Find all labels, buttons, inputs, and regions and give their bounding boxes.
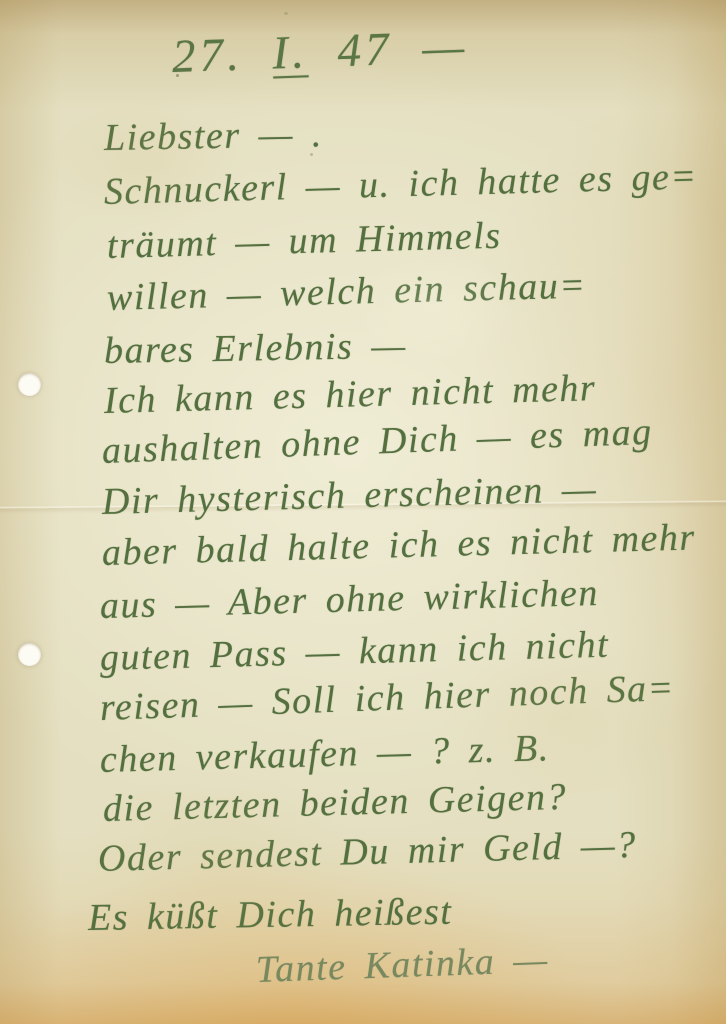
date-dash: — (421, 21, 469, 75)
closing-line: Es küßt Dich heißest (88, 892, 453, 940)
ink-speck (284, 12, 288, 15)
punch-hole-top (18, 373, 41, 396)
punch-hole-bottom (18, 643, 41, 666)
signature-line: Tante Katinka — (255, 940, 549, 992)
letter-line: aber bald halte ich es nicht mehr (101, 517, 696, 574)
date-day: 27. (171, 29, 244, 83)
letter-line: Dir hysterisch erscheinen — (101, 469, 597, 524)
date-year: 47 (337, 23, 394, 77)
date-line: 27. I. 47 — (171, 22, 469, 84)
salutation-line: Liebster — . (104, 114, 324, 160)
date-month-roman-numeral: I. (272, 26, 309, 79)
letter-line: aus — Aber ohne wirklichen (99, 573, 599, 628)
letter-line: träumt — um Himmels (106, 216, 502, 268)
letter-line: bares Erlebnis — (104, 326, 407, 373)
letter-line: Schnuckerl — u. ich hatte es ge= (103, 156, 698, 213)
letter-line: willen — welch ein schau= (106, 265, 586, 319)
letter-line: die letzten beiden Geigen? (102, 777, 567, 831)
letter-page: 27. I. 47 — Liebster — . Schnuckerl — u.… (0, 0, 726, 1024)
letter-line: aushalten ohne Dich — es mag (101, 412, 653, 473)
letter-line: chen verkaufen — ? z. B. (99, 728, 550, 782)
letter-line: Oder sendest Du mir Geld —? (97, 825, 637, 881)
